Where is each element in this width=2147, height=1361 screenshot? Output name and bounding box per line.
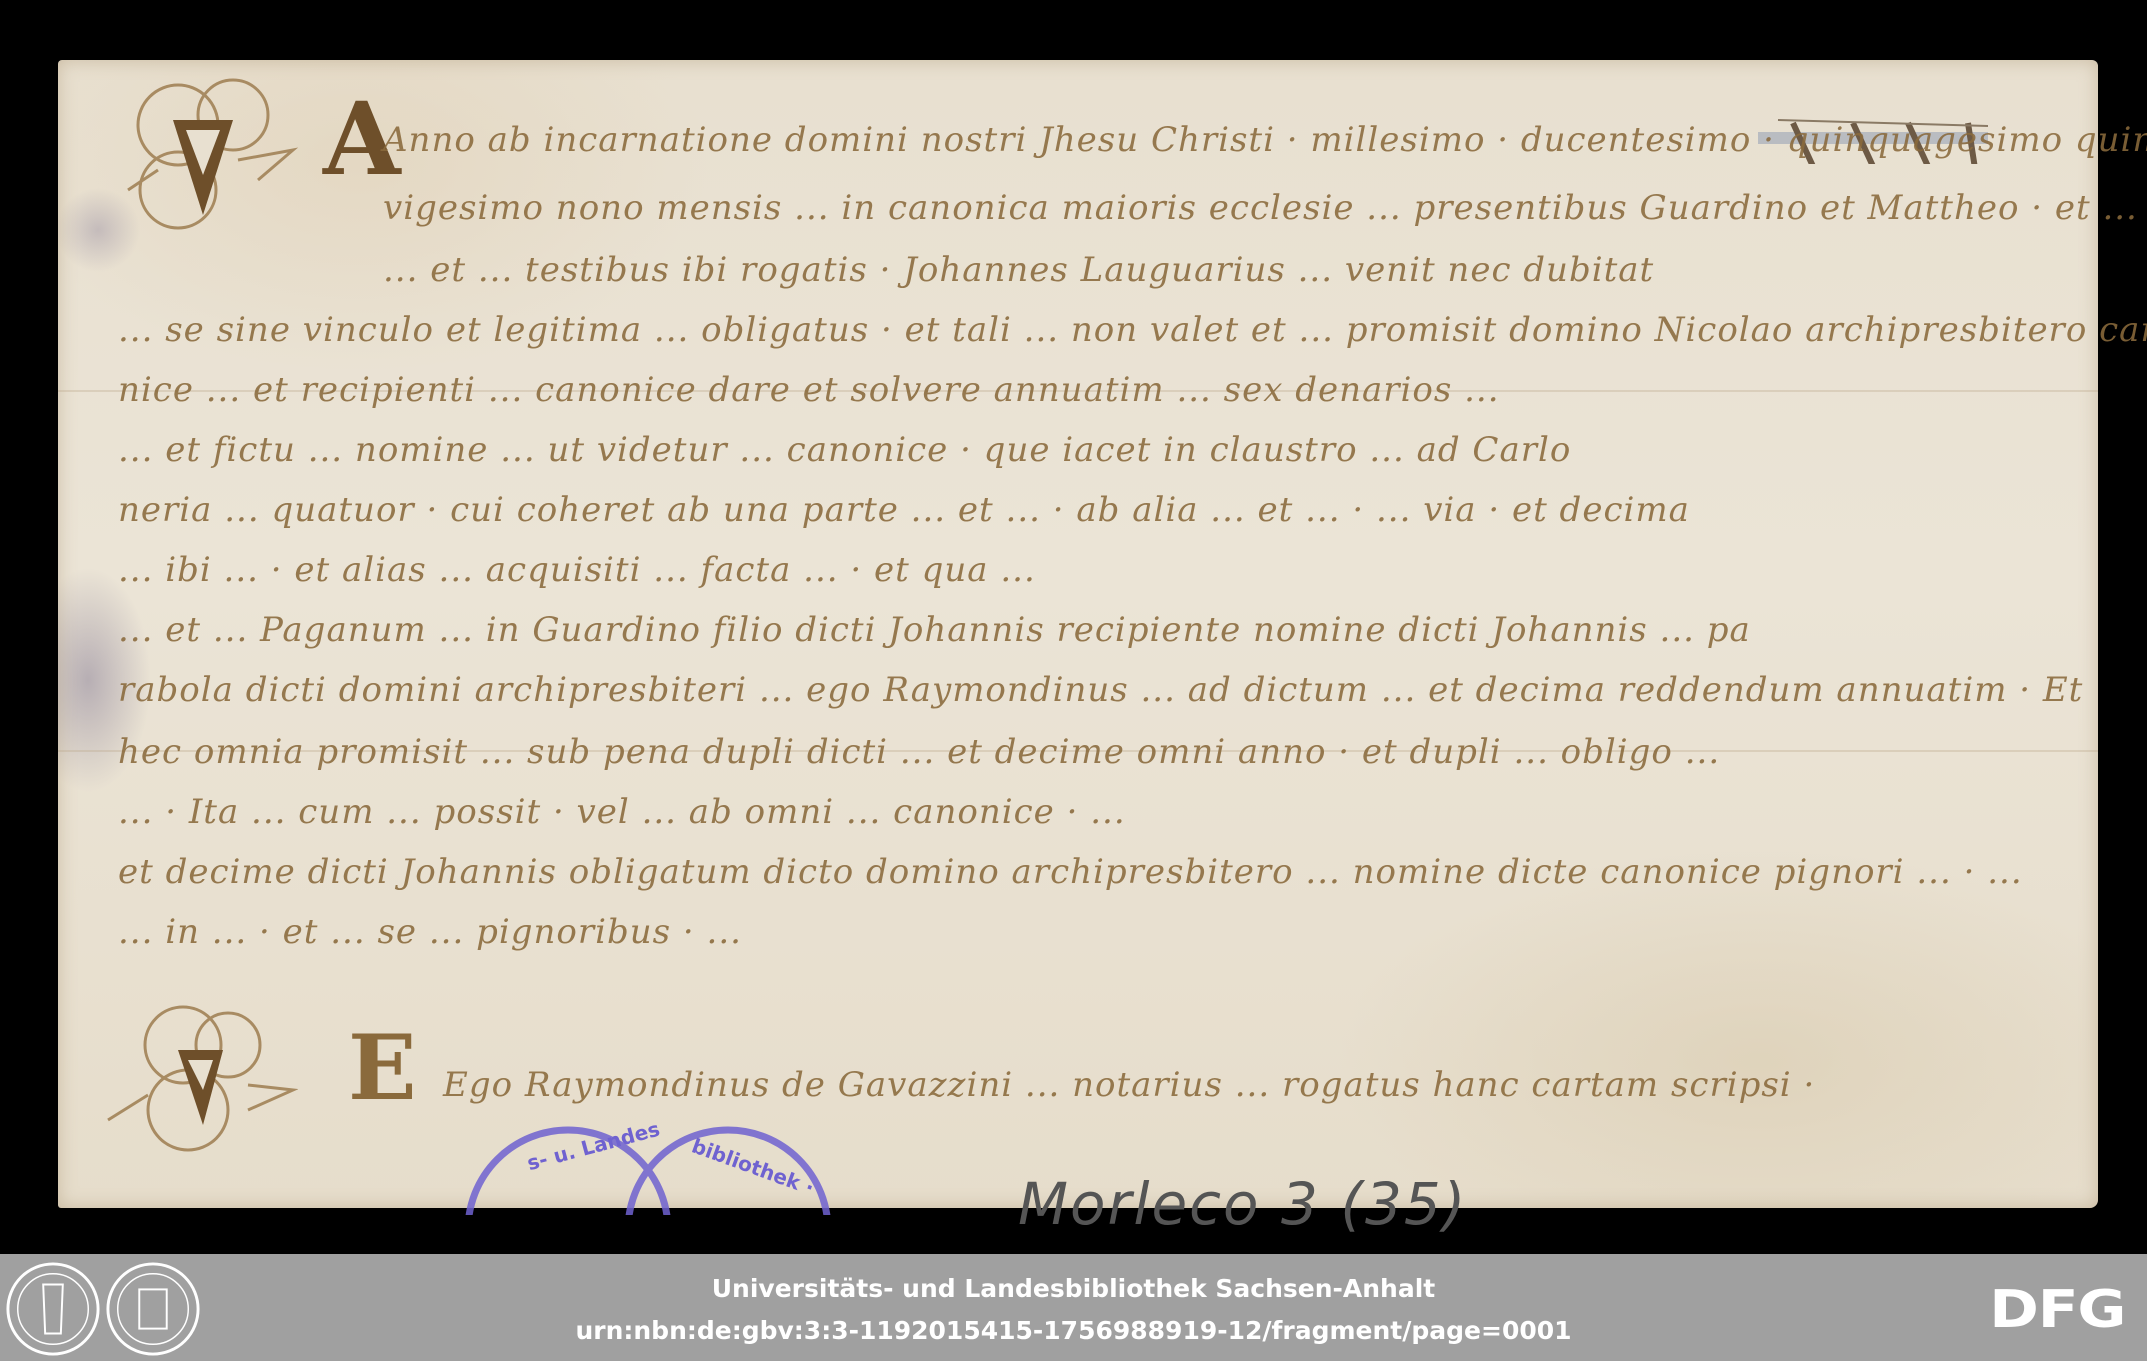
text-line: ... in ... · et ... se ... pignoribus · … [118, 912, 742, 952]
text-line: ... se sine vinculo et legitima ... obli… [118, 310, 2147, 350]
text-line: hec omnia promisit ... sub pena dupli di… [118, 732, 1720, 772]
text-line: rabola dicti domini archipresbiteri ... … [118, 670, 2083, 710]
document-viewer: A Anno ab incarnatione domini nostri Jhe… [0, 0, 2147, 1254]
urn-link[interactable]: urn:nbn:de:gbv:3:3-1192015415-1756988919… [0, 1316, 2147, 1345]
text-line: neria ... quatuor · cui coheret ab una p… [118, 490, 1690, 530]
text-line: ... · Ita ... cum ... possit · vel ... a… [118, 792, 1126, 832]
text-line: et decime dicti Johannis obligatum dicto… [118, 852, 2023, 892]
monogram-icon [118, 70, 308, 240]
library-stamp: s- u. Landes bibliothek · [458, 1105, 878, 1215]
text-line: ... ibi ... · et alias ... acquisiti ...… [118, 550, 1036, 590]
dfg-logo: DFG [1989, 1280, 2125, 1340]
text-line: ... et fictu ... nomine ... ut videtur .… [118, 430, 1571, 470]
text-line: ... et ... testibus ibi rogatis · Johann… [383, 250, 1654, 290]
footer-bar: Universitäts- und Landesbibliothek Sachs… [0, 1254, 2147, 1361]
text-line: nice ... et recipienti ... canonice dare… [118, 370, 1500, 410]
text-line: Anno ab incarnatione domini nostri Jhesu… [383, 120, 2147, 160]
pencil-shelfmark: Morleco 3 (35) [1018, 1170, 1467, 1238]
text-line: ... et ... Paganum ... in Guardino filio… [118, 610, 1751, 650]
signature-monogram-icon [98, 990, 298, 1160]
text-line: vigesimo nono mensis ... in canonica mai… [383, 188, 2138, 228]
svg-text:bibliothek ·: bibliothek · [689, 1133, 818, 1199]
parchment-page: A Anno ab incarnatione domini nostri Jhe… [58, 60, 2098, 1208]
initial-e: E [348, 1015, 417, 1121]
institution-name: Universitäts- und Landesbibliothek Sachs… [0, 1274, 2147, 1303]
signature-line: Ego Raymondinus de Gavazzini ... notariu… [443, 1065, 1815, 1105]
